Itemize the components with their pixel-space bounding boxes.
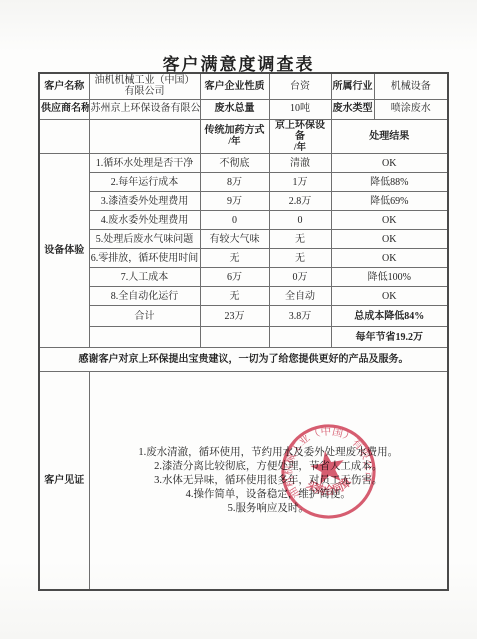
item-label: 4.废水委外处理费用 [89, 211, 200, 230]
traditional-value: 无 [200, 249, 269, 268]
table-row: 传统加药方式 /年 京上环保设备 /年 处理结果 [39, 119, 448, 154]
empty-cell [39, 119, 89, 154]
table-row: 设备体验 1.循环水处理是否干净 不彻底 清澈 OK [39, 154, 448, 173]
jingshang-value: 2.8万 [269, 192, 331, 211]
enterprise-type-value: 台资 [269, 73, 331, 99]
jingshang-value: 0 [269, 211, 331, 230]
annual-savings: 每年节省19.2万 [331, 327, 448, 348]
wastewater-type-label: 废水类型 [331, 99, 374, 119]
survey-table: 客户名称 油机机械工业（中国）有限公司 客户企业性质 台资 所属行业 机械设备 … [38, 72, 449, 591]
total-traditional: 23万 [200, 306, 269, 327]
industry-value: 机械设备 [374, 73, 448, 99]
col-header-result: 处理结果 [331, 119, 448, 154]
table-row: 供应商名称 苏州京上环保设备有限公司 废水总量 10吨 废水类型 喷涂废水 [39, 99, 448, 119]
thank-you-note: 感谢客户对京上环保提出宝贵建议，一切为了给您提供更好的产品及服务。 [39, 348, 448, 372]
jingshang-value: 1万 [269, 173, 331, 192]
traditional-value: 有较大气味 [200, 230, 269, 249]
col-header-traditional-name: 传统加药方式 [205, 125, 265, 136]
section-label-equipment-experience: 设备体验 [39, 154, 89, 348]
enterprise-type-label: 客户企业性质 [200, 73, 269, 99]
jingshang-value: 无 [269, 249, 331, 268]
result-value: 降低100% [331, 268, 448, 287]
item-label: 7.人工成本 [89, 268, 200, 287]
table-row: 3.漆渣委外处理费用 9万 2.8万 降低69% [39, 192, 448, 211]
result-value: OK [331, 154, 448, 173]
empty-cell [89, 327, 200, 348]
wastewater-type-value: 喷涂废水 [374, 99, 448, 119]
traditional-value: 9万 [200, 192, 269, 211]
item-label: 8.全自动化运行 [89, 287, 200, 306]
table-row-total: 合计 23万 3.8万 总成本降低84% [39, 306, 448, 327]
result-value: 降低69% [331, 192, 448, 211]
witness-line: 4.操作简单，设备稳定，维护简便。 [91, 488, 447, 502]
table-row: 6.零排放，循环使用时间 无 无 OK [39, 249, 448, 268]
table-row: 4.废水委外处理费用 0 0 OK [39, 211, 448, 230]
result-value: OK [331, 211, 448, 230]
witness-section-label: 客户见证 [39, 372, 89, 590]
jingshang-value: 全自动 [269, 287, 331, 306]
supplier-label: 供应商名称 [39, 99, 89, 119]
item-label: 6.零排放，循环使用时间 [89, 249, 200, 268]
item-label: 2.每年运行成本 [89, 173, 200, 192]
total-result: 总成本降低84% [331, 306, 448, 327]
traditional-value: 0 [200, 211, 269, 230]
table-row: 8.全自动化运行 无 全自动 OK [39, 287, 448, 306]
item-label: 3.漆渣委外处理费用 [89, 192, 200, 211]
scanned-survey-page: 客户满意度调查表 客户名称 油机机械工业（中国）有限公司 客户企业性质 台资 所… [0, 0, 477, 639]
col-header-jingshang: 京上环保设备 /年 [269, 119, 331, 154]
witness-lines: 1.废水清澈，循环使用，节约用水及委外处理废水费用。 2.漆渣分离比较彻底，方便… [91, 446, 447, 516]
item-label: 1.循环水处理是否干净 [89, 154, 200, 173]
wastewater-total-value: 10吨 [269, 99, 331, 119]
jingshang-value: 清澈 [269, 154, 331, 173]
witness-content: 1.废水清澈，循环使用，节约用水及委外处理废水费用。 2.漆渣分离比较彻底，方便… [89, 372, 448, 590]
customer-name-value: 油机机械工业（中国）有限公司 [89, 73, 200, 99]
table-row: 5.处理后废水气味问题 有较大气味 无 OK [39, 230, 448, 249]
jingshang-value: 0万 [269, 268, 331, 287]
table-row: 客户名称 油机机械工业（中国）有限公司 客户企业性质 台资 所属行业 机械设备 [39, 73, 448, 99]
result-value: OK [331, 249, 448, 268]
table-row-savings: 每年节省19.2万 [39, 327, 448, 348]
table-row: 7.人工成本 6万 0万 降低100% [39, 268, 448, 287]
empty-cell [200, 327, 269, 348]
traditional-value: 6万 [200, 268, 269, 287]
customer-name-label: 客户名称 [39, 73, 89, 99]
table-row-note: 感谢客户对京上环保提出宝贵建议，一切为了给您提供更好的产品及服务。 [39, 348, 448, 372]
empty-cell [89, 119, 200, 154]
col-header-jingshang-name: 京上环保设备 [275, 120, 325, 143]
col-header-traditional: 传统加药方式 /年 [200, 119, 269, 154]
industry-label: 所属行业 [331, 73, 374, 99]
col-header-jingshang-unit: /年 [271, 143, 330, 154]
total-jingshang: 3.8万 [269, 306, 331, 327]
wastewater-total-label: 废水总量 [200, 99, 269, 119]
traditional-value: 无 [200, 287, 269, 306]
traditional-value: 不彻底 [200, 154, 269, 173]
witness-line: 1.废水清澈，循环使用，节约用水及委外处理废水费用。 [91, 446, 447, 460]
witness-line: 5.服务响应及时。 [91, 502, 447, 516]
total-label: 合计 [89, 306, 200, 327]
result-value: OK [331, 230, 448, 249]
table-row-witness: 客户见证 1.废水清澈，循环使用，节约用水及委外处理废水费用。 2.漆渣分离比较… [39, 372, 448, 590]
jingshang-value: 无 [269, 230, 331, 249]
witness-line: 3.水体无异味，循环使用很多年，对员工无伤害。 [91, 474, 447, 488]
result-value: 降低88% [331, 173, 448, 192]
item-label: 5.处理后废水气味问题 [89, 230, 200, 249]
empty-cell [269, 327, 331, 348]
traditional-value: 8万 [200, 173, 269, 192]
col-header-traditional-unit: /年 [202, 137, 268, 148]
witness-line: 2.漆渣分离比较彻底，方便处理，节省人工成本。 [91, 460, 447, 474]
table-row: 2.每年运行成本 8万 1万 降低88% [39, 173, 448, 192]
result-value: OK [331, 287, 448, 306]
supplier-value: 苏州京上环保设备有限公司 [89, 99, 200, 119]
